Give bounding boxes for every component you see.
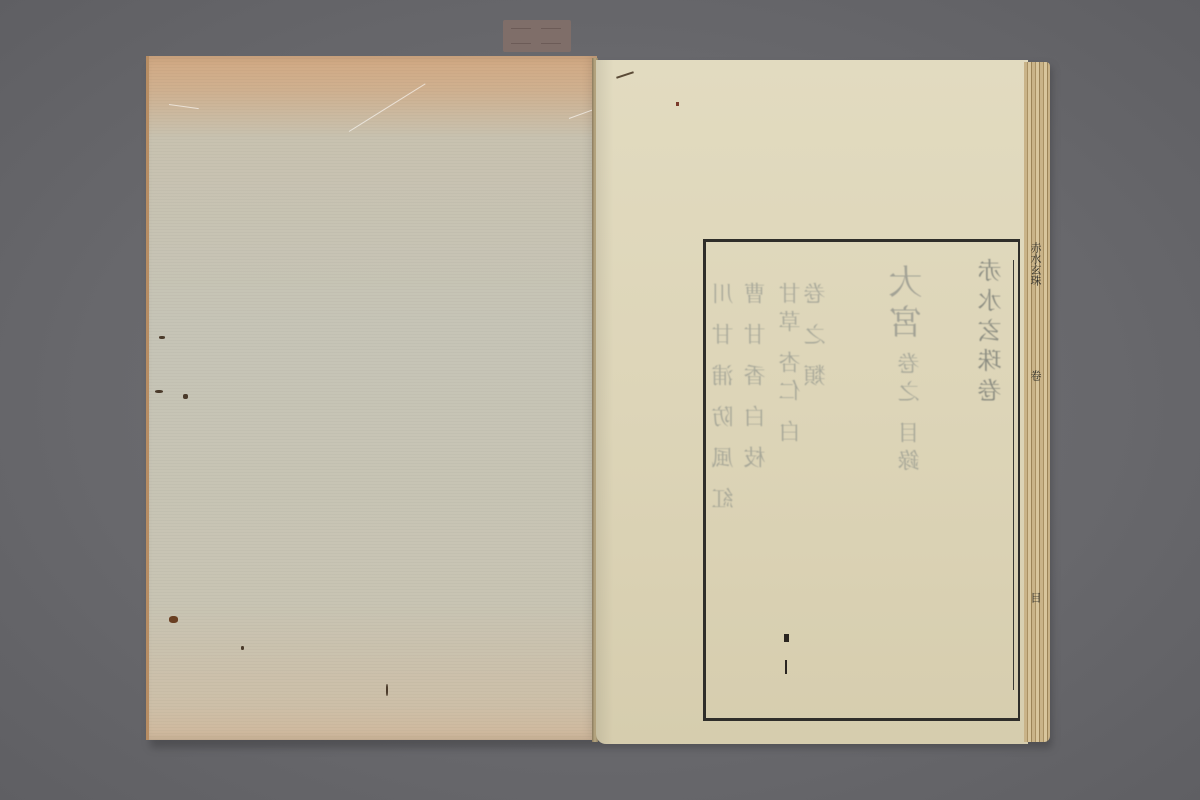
bleed-through-column: 赤水玄珠卷	[980, 258, 1004, 408]
paper-fiber	[349, 83, 426, 132]
ink-blot	[785, 660, 787, 674]
bleed-through-column: 甘草 杏仁 白	[781, 282, 803, 448]
book-fore-edge: 赤水玄珠 卷 目	[1024, 62, 1050, 742]
fore-edge-mark: 目	[1030, 592, 1041, 603]
tab-mark	[511, 28, 531, 44]
left-page-endpaper	[146, 56, 597, 740]
bleed-through-column: 卷 之 類	[806, 282, 828, 392]
paper-speck	[386, 684, 388, 696]
fore-edge-volume: 卷	[1030, 370, 1041, 381]
paper-fiber	[169, 104, 199, 109]
color-reference-tab	[503, 20, 571, 52]
frame-inner-rule	[1013, 260, 1014, 690]
bleed-through-column: 川 甘 浦 防 風 紅	[714, 282, 736, 515]
paper-speck	[241, 646, 244, 650]
bleed-through-column: 卷之 目錄	[900, 352, 922, 477]
bleed-through-column: 曹 甘 香 白 枝	[746, 282, 768, 474]
paper-speck	[169, 616, 178, 623]
ink-blot	[784, 634, 789, 642]
paper-speck	[155, 390, 163, 393]
ink-mark	[616, 71, 634, 78]
tab-mark	[541, 28, 561, 44]
paper-speck	[159, 336, 165, 339]
ink-mark	[676, 102, 679, 106]
printed-border-frame: 赤水玄珠卷 大宮 卷之 目錄 卷 之 類 甘草 杏仁 白 曹 甘 香 白 枝 川…	[703, 239, 1020, 721]
fore-edge-title: 赤水玄珠	[1030, 242, 1041, 286]
bleed-through-column: 大宮	[892, 264, 926, 344]
paper-speck	[183, 394, 188, 399]
